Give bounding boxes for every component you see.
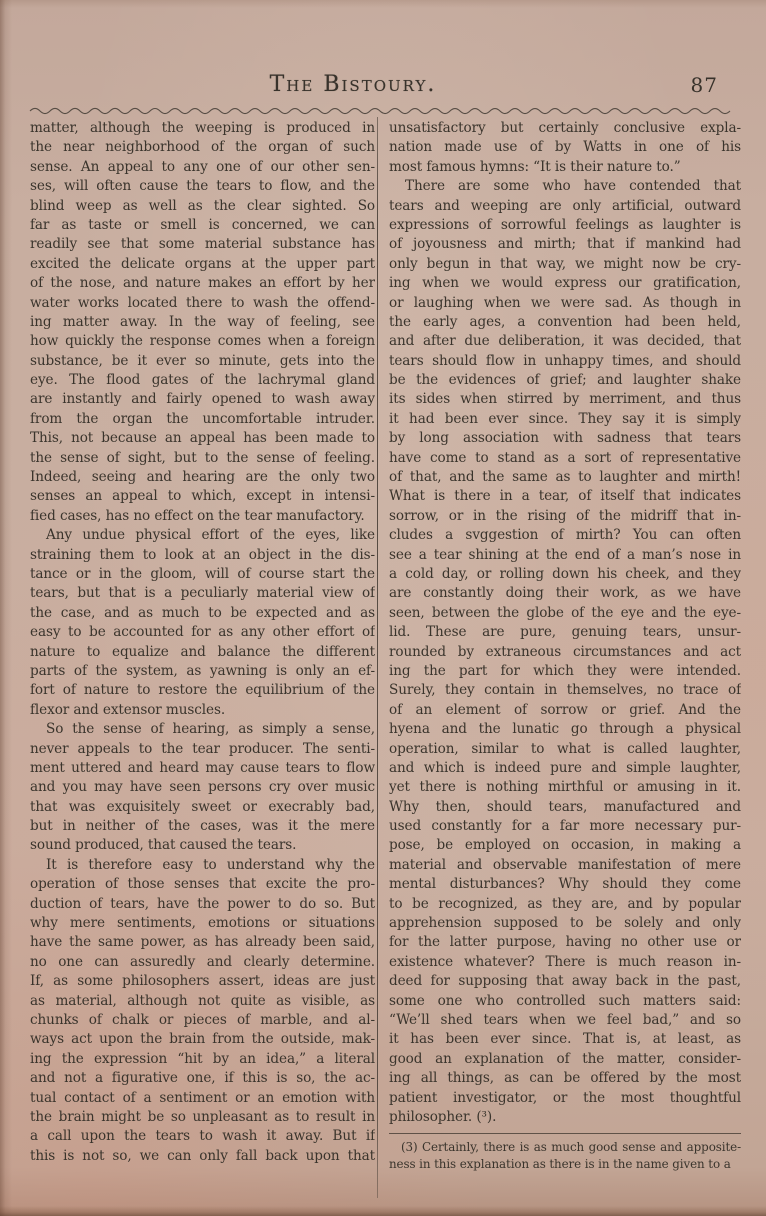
text-line: fort of nature to restore the equilibriu…	[30, 681, 375, 700]
text-line: patient investigator, or the most though…	[389, 1089, 741, 1108]
text-line: readily see that some material substance…	[30, 235, 375, 254]
text-line: existence whatever? There is much reason…	[389, 953, 741, 972]
text-line: yet there is nothing mirthful or amusing…	[389, 778, 741, 797]
text-line: unsatisfactory but certainly conclusive …	[389, 119, 741, 138]
paragraph: matter, although the weeping is produced…	[30, 119, 375, 526]
text-line: good an explanation of the matter, consi…	[389, 1050, 741, 1069]
text-line: but in neither of the cases, was it the …	[30, 817, 375, 836]
page-header: The Bistoury. 87	[0, 72, 766, 104]
text-line: of an element of sorrow or grief. And th…	[389, 701, 741, 720]
text-line: “We’ll shed tears when we feel bad,” and…	[389, 1011, 741, 1030]
scan-edge-shadow-bottom	[0, 1206, 766, 1216]
text-line: Surely, they contain in themselves, no t…	[389, 681, 741, 700]
text-line: senses an appeal to which, except in int…	[30, 487, 375, 506]
text-line: parts of the system, as yawning is only …	[30, 662, 375, 681]
paragraph: Any undue physical effort of the eyes, l…	[30, 526, 375, 720]
text-line: are instantly and fairly opened to wash …	[30, 390, 375, 409]
text-line: Any undue physical effort of the eyes, l…	[30, 526, 375, 545]
text-line: of the nose, and nature makes an effort …	[30, 274, 375, 293]
text-line: lid. These are pure, genuing tears, unsu…	[389, 623, 741, 642]
text-line: sense. An appeal to any one of our other…	[30, 158, 375, 177]
footnote-lines: (3) Certainly, there is as much good sen…	[389, 1139, 741, 1171]
paragraph: There are some who have contended thatte…	[389, 177, 741, 1127]
text-line: cludes a svggestion of mirth? You can of…	[389, 526, 741, 545]
text-line: nature to equalize and balance the diffe…	[30, 643, 375, 662]
text-line: and not a figurative one, if this is so,…	[30, 1069, 375, 1088]
text-line: most famous hymns: “It is their nature t…	[389, 158, 741, 177]
text-line: the near neighborhood of the organ of su…	[30, 138, 375, 157]
text-line: from the organ the uncomfortable intrude…	[30, 410, 375, 429]
text-line: straining them to look at an object in t…	[30, 546, 375, 565]
scan-edge-shadow-left	[0, 0, 12, 1216]
text-line: material and observable manifestation of…	[389, 856, 741, 875]
text-line: blind weep as well as the clear sighted.…	[30, 197, 375, 216]
column-divider-rule	[377, 117, 378, 1198]
page-title: The Bistoury.	[0, 72, 706, 97]
text-line: tual contact of a sentiment or an emotio…	[30, 1089, 375, 1108]
text-line: and which is indeed pure and simple laug…	[389, 759, 741, 778]
text-line: the early ages, a convention had been he…	[389, 313, 741, 332]
text-line: used constantly for a far more necessary…	[389, 817, 741, 836]
text-line: So the sense of hearing, as simply a sen…	[30, 720, 375, 739]
text-line: and after due deliberation, it was decid…	[389, 332, 741, 351]
text-line: tears, but that is a peculiarly material…	[30, 584, 375, 603]
text-line: fied cases, has no effect on the tear ma…	[30, 507, 375, 526]
footnote-line: ness in this explanation as there is in …	[389, 1156, 741, 1172]
text-line: deed for supposing that away back in the…	[389, 972, 741, 991]
footnote: (3) Certainly, there is as much good sen…	[389, 1133, 741, 1171]
text-line: its sides when stirred by merriment, and…	[389, 390, 741, 409]
scan-edge-shadow-top	[0, 0, 766, 8]
text-line: see a tear shining at the end of a man’s…	[389, 546, 741, 565]
text-line: or laughing when we were sad. As though …	[389, 294, 741, 313]
text-line: duction of tears, have the power to do s…	[30, 895, 375, 914]
text-line: are constantly doing their work, as we h…	[389, 584, 741, 603]
text-line: have come to stand as a sort of represen…	[389, 449, 741, 468]
text-line: ing when we would express our gratificat…	[389, 274, 741, 293]
text-line: a call upon the tears to wash it away. B…	[30, 1127, 375, 1146]
text-line: easy to be accounted for as any other ef…	[30, 623, 375, 642]
text-line: of joyousness and mirth; that if mankind…	[389, 235, 741, 254]
text-line: philosopher. (³).	[389, 1108, 741, 1127]
text-line: why mere sentiments, emotions or situati…	[30, 914, 375, 933]
text-line: to be recognized, as they are, and by po…	[389, 895, 741, 914]
text-line: eye. The flood gates of the lachrymal gl…	[30, 371, 375, 390]
text-line: and you may have seen persons cry over m…	[30, 778, 375, 797]
text-line: some one who controlled such matters sai…	[389, 992, 741, 1011]
text-line: for the latter purpose, having no other …	[389, 933, 741, 952]
text-line: tears and weeping are only artificial, o…	[389, 197, 741, 216]
text-line: operation, similar to what is called lau…	[389, 740, 741, 759]
paragraph: So the sense of hearing, as simply a sen…	[30, 720, 375, 856]
text-line: it had been ever since. They say it is s…	[389, 410, 741, 429]
text-line: sound produced, that caused the tears.	[30, 836, 375, 855]
text-line: This, not because an appeal has been mad…	[30, 429, 375, 448]
text-line: ment uttered and heard may cause tears t…	[30, 759, 375, 778]
text-line: water works located there to wash the of…	[30, 294, 375, 313]
paragraph: unsatisfactory but certainly conclusive …	[389, 119, 741, 177]
text-line: operation of those senses that excite th…	[30, 875, 375, 894]
text-line: tears should flow in unhappy times, and …	[389, 352, 741, 371]
text-line: mental disturbances? Why should they com…	[389, 875, 741, 894]
paragraph: It is therefore easy to understand why t…	[30, 856, 375, 1166]
text-line: What is there in a tear, of itself that …	[389, 487, 741, 506]
text-line: it has been ever since. That is, at leas…	[389, 1030, 741, 1049]
text-line: this is not so, we can only fall back up…	[30, 1147, 375, 1166]
text-line: substance, be it ever so minute, gets in…	[30, 352, 375, 371]
text-line: flexor and extensor muscles.	[30, 701, 375, 720]
text-column-left: matter, although the weeping is produced…	[30, 119, 375, 1166]
text-line: ses, will often cause the tears to flow,…	[30, 177, 375, 196]
text-line: sorrow, or in the rising of the midriff …	[389, 507, 741, 526]
text-line: matter, although the weeping is produced…	[30, 119, 375, 138]
text-line: the case, and as much to be expected and…	[30, 604, 375, 623]
text-line: If, as some philosophers assert, ideas a…	[30, 972, 375, 991]
text-line: far as taste or smell is concerned, we c…	[30, 216, 375, 235]
page-number: 87	[691, 73, 718, 97]
text-line: apprehension supposed to be solely and o…	[389, 914, 741, 933]
text-line: There are some who have contended that	[389, 177, 741, 196]
text-line: excited the delicate organs at the upper…	[30, 255, 375, 274]
footnote-separator-rule	[389, 1133, 741, 1134]
text-line: only begun in that way, we might now be …	[389, 255, 741, 274]
text-line: a cold day, or rolling down his cheek, a…	[389, 565, 741, 584]
text-line: the brain might be so unpleasant as to r…	[30, 1108, 375, 1127]
text-line: the sense of sight, but to the sense of …	[30, 449, 375, 468]
text-line: by long association with sadness that te…	[389, 429, 741, 448]
text-line: expressions of sorrowful feelings as lau…	[389, 216, 741, 235]
text-line: have the same power, as has already been…	[30, 933, 375, 952]
text-line: ing all things, as can be offered by the…	[389, 1069, 741, 1088]
text-line: pose, be employed on occasion, in making…	[389, 836, 741, 855]
text-line: chunks of chalk or pieces of marble, and…	[30, 1011, 375, 1030]
text-line: Indeed, seeing and hearing are the only …	[30, 468, 375, 487]
text-line: how quickly the response comes when a fo…	[30, 332, 375, 351]
text-line: be the evidences of grief; and laughter …	[389, 371, 741, 390]
text-line: nation made use of by Watts in one of hi…	[389, 138, 741, 157]
text-line: ways act upon the brain from the outside…	[30, 1030, 375, 1049]
text-line: as material, although not quite as visib…	[30, 992, 375, 1011]
text-column-right: unsatisfactory but certainly conclusive …	[389, 119, 741, 1172]
text-line: ing the part for which they were intende…	[389, 662, 741, 681]
text-line: seen, between the globe of the eye and t…	[389, 604, 741, 623]
right-column-body: unsatisfactory but certainly conclusive …	[389, 119, 741, 1127]
text-line: Why then, should tears, manufactured and	[389, 798, 741, 817]
text-line: It is therefore easy to understand why t…	[30, 856, 375, 875]
text-line: rounded by extraneous circumstances and …	[389, 643, 741, 662]
text-line: never appeals to the tear producer. The …	[30, 740, 375, 759]
text-line: ing the expression “hit by an idea,” a l…	[30, 1050, 375, 1069]
text-line: no one can assuredly and clearly determi…	[30, 953, 375, 972]
text-line: hyena and the lunatic go through a physi…	[389, 720, 741, 739]
footnote-line: (3) Certainly, there is as much good sen…	[389, 1139, 741, 1155]
text-line: tance or in the gloom, will of course st…	[30, 565, 375, 584]
text-line: ing matter away. In the way of feeling, …	[30, 313, 375, 332]
text-line: of that, and the same as to laughter and…	[389, 468, 741, 487]
text-line: that was exquisitely sweet or execrably …	[30, 798, 375, 817]
wavy-rule	[28, 103, 740, 117]
